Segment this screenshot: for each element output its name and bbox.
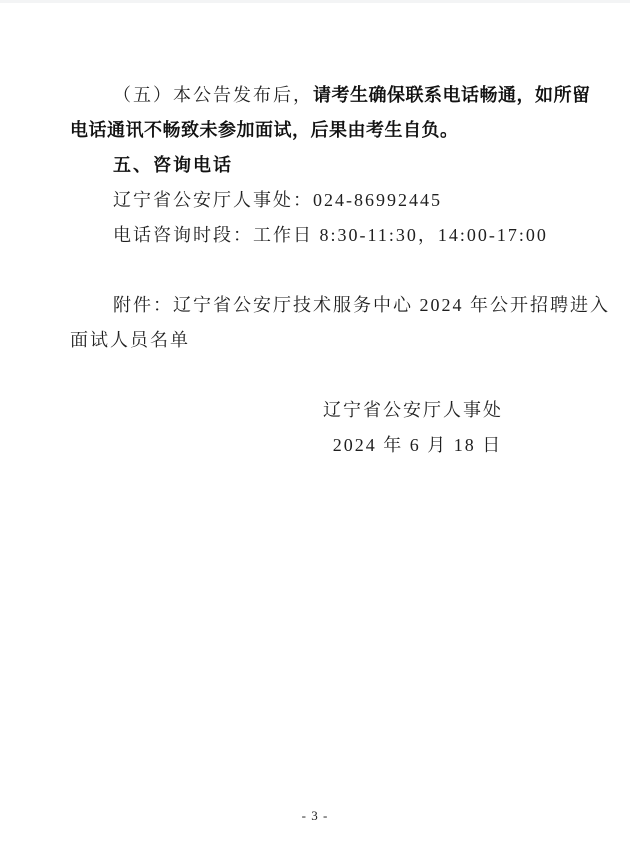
paragraph-notice: （五）本公告发布后，请考生确保联系电话畅通，如所留 电话通讯不畅致未参加面试，后… [70,78,570,148]
attachment-paragraph: 附件：辽宁省公安厅技术服务中心 2024 年公开招聘进入 面试人员名单 [70,288,570,358]
blank-line [70,253,570,288]
attachment-line-2: 面试人员名单 [70,323,570,358]
section-heading-contact: 五、咨询电话 [70,148,570,183]
hours-line: 电话咨询时段：工作日 8:30-11:30，14:00-17:00 [70,218,570,253]
signature-date: 2024 年 6 月 18 日 [265,428,570,463]
attachment-line-1: 附件：辽宁省公安厅技术服务中心 2024 年公开招聘进入 [70,288,570,323]
paragraph-notice-line-1: （五）本公告发布后，请考生确保联系电话畅通，如所留 [70,78,570,113]
document-page: （五）本公告发布后，请考生确保联系电话畅通，如所留 电话通讯不畅致未参加面试，后… [0,0,630,850]
document-content: （五）本公告发布后，请考生确保联系电话畅通，如所留 电话通讯不畅致未参加面试，后… [70,78,570,463]
paragraph-notice-line-2: 电话通讯不畅致未参加面试，后果由考生自负。 [70,113,570,148]
paragraph-notice-warning-start: 请考生确保联系电话畅通，如所留 [313,85,591,105]
signature-issuer: 辽宁省公安厅人事处 [256,393,570,428]
page-number: - 3 - [0,808,630,824]
phone-line: 辽宁省公安厅人事处：024-86992445 [70,183,570,218]
signature-block: 辽宁省公安厅人事处 2024 年 6 月 18 日 [70,393,570,463]
page-top-edge [0,0,630,3]
paragraph-notice-lead: （五）本公告发布后， [113,85,313,105]
